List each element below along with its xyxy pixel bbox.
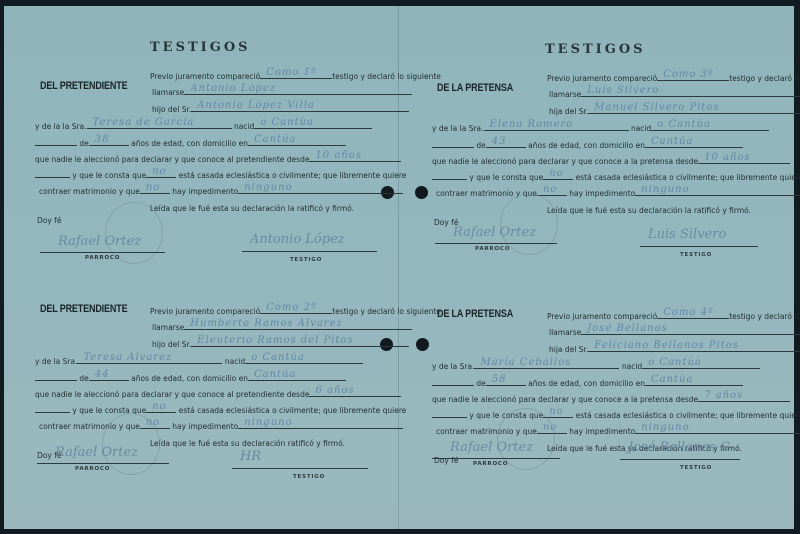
row-madre: y de la Sra.Teresa Alvarez nacido Cantúa	[35, 355, 363, 366]
madre-field[interactable]: María Ceballos	[474, 360, 619, 369]
label-de: de	[476, 379, 485, 388]
impedimento-field[interactable]: ninguno	[238, 185, 403, 194]
impedimento-field-handwriting: ninguno	[244, 417, 292, 428]
testigo-caption: TESTIGO	[680, 465, 712, 471]
nacid-field-handwriting: o Cantúa	[260, 117, 314, 128]
parroco-signature: Rafael Ortez	[450, 440, 533, 455]
row-comparecio: Previo juramento comparecióComo 3ºtestig…	[547, 72, 800, 83]
label-doy-fe: Doy fé	[37, 216, 61, 225]
page-fold	[398, 6, 399, 529]
row-leida: Leída que le fué esta su declaración la …	[547, 206, 751, 215]
label-nadie: que nadie le aleccionó para declarar y q…	[432, 157, 698, 166]
row-llamarse: llamarseJosé Bellanos	[549, 326, 800, 337]
impedimento-field[interactable]: ninguno	[238, 420, 403, 429]
comparecio-field[interactable]: Como 4º	[657, 310, 729, 319]
domicilio-field-handwriting: Cantúa	[651, 374, 693, 385]
comparecio-field[interactable]: Como 3º	[657, 72, 729, 81]
testigo-signature: Luis Silvero	[648, 227, 726, 242]
comparecio-field-handwriting: Como 2º	[266, 302, 316, 313]
domicilio-field[interactable]: Cantúa	[248, 372, 346, 381]
form-title: TESTIGOS	[150, 40, 251, 55]
parroco-caption: PARROCO	[473, 461, 508, 467]
hijo-field[interactable]: Antonio López Villa	[191, 103, 409, 112]
label-previo: Previo juramento compareció	[150, 307, 260, 316]
madre-field[interactable]: Teresa Alvarez	[77, 355, 222, 364]
contraer-field-handwriting: no	[146, 182, 160, 193]
desde-field-handwriting: 10 años	[704, 152, 750, 163]
row-comparecio: Previo juramento comparecióComo 4ºtestig…	[547, 310, 800, 321]
domicilio-field-handwriting: Cantúa	[651, 136, 693, 147]
llamarse-field[interactable]: Luis Silvero	[581, 88, 800, 97]
row-desde: que nadie le aleccionó para declarar y q…	[432, 393, 790, 404]
domicilio-field[interactable]: Cantúa	[645, 377, 743, 386]
madre-field[interactable]: Elena Romero	[484, 122, 629, 131]
row-madre: y de la la Sra.Elena Romero nacido Cantú…	[432, 122, 769, 133]
parroco-caption: PARROCO	[85, 255, 120, 261]
party-label: DEL PRETENDIENTE	[40, 303, 127, 315]
comparecio-field-handwriting: Como 1º	[266, 67, 316, 78]
hijo-field[interactable]: Manuel Silvero Pitos	[588, 105, 800, 114]
nacid-field-handwriting: o Cantúa	[648, 357, 702, 368]
row-desde: que nadie le aleccionó para declarar y q…	[432, 155, 790, 166]
domicilio-field[interactable]: Cantúa	[248, 137, 346, 146]
row-leida: Leída que le fué esta su declaración la …	[150, 204, 354, 213]
label-testigo: testigo y declaró lo siguiente	[729, 74, 800, 83]
llamarse-field-handwriting: Antonio López	[190, 83, 276, 94]
row-hijo: hijo del Sr.Antonio López Villa	[152, 103, 409, 114]
blank-field[interactable]	[432, 377, 474, 386]
label-impedimento: hay impedimento	[569, 189, 635, 198]
row-consta: y que le consta queno está casada eclesi…	[35, 169, 406, 180]
madre-field-handwriting: Teresa Alvarez	[83, 352, 172, 363]
llamarse-field[interactable]: José Bellanos	[581, 326, 800, 335]
label-madre: y de la la Sra.	[35, 122, 87, 131]
row-comparecio: Previo juramento comparecióComo 1ºtestig…	[150, 70, 441, 81]
label-impedimento: hay impedimento	[172, 187, 238, 196]
contraer-field-handwriting: no	[543, 184, 557, 195]
nacid-field[interactable]: o Cantúa	[642, 360, 760, 369]
label-nacid: nacid	[622, 362, 642, 371]
madre-field-handwriting: Teresa de García	[93, 117, 195, 128]
parroco-caption: PARROCO	[475, 246, 510, 252]
testigo-caption: TESTIGO	[680, 252, 712, 258]
hijo-field[interactable]: Feliciano Bellanos Pitos	[588, 343, 800, 352]
consta-field-handwriting: no	[549, 406, 563, 417]
label-hijo: hijo del Sr.	[152, 340, 191, 349]
row-hijo: hija del Sr.Manuel Silvero Pitos	[549, 105, 800, 116]
label-nacid: nacid	[631, 124, 651, 133]
row-impedimento: contraer matrimonio y queno hay impedime…	[39, 185, 403, 196]
label-previo: Previo juramento compareció	[547, 74, 657, 83]
edad-field-handwriting: 43	[492, 136, 507, 147]
desde-field[interactable]: 7 años	[698, 393, 790, 402]
testigo-signature-line[interactable]	[232, 468, 368, 469]
madre-field-handwriting: Elena Romero	[490, 119, 574, 130]
testigo-signature: Antonio López	[250, 232, 345, 247]
testigo-signature-line[interactable]	[242, 251, 377, 252]
label-testigo: testigo y declaró lo siguiente	[332, 72, 441, 81]
row-llamarse: llamarseLuis Silvero	[549, 88, 800, 99]
row-edad: de58 años de edad, con domicilio enCantú…	[432, 377, 743, 388]
edad-field-handwriting: 38	[95, 134, 110, 145]
desde-field[interactable]: 10 años	[698, 155, 790, 164]
row-madre: y de la la Sra.Teresa de García nacido C…	[35, 120, 372, 131]
hijo-field-handwriting: Eleuterio Ramos del Pitos	[197, 335, 353, 346]
hijo-field-handwriting: Feliciano Bellanos Pitos	[594, 340, 739, 351]
label-de: de	[79, 374, 88, 383]
row-impedimento: contraer matrimonio y queno hay impedime…	[436, 425, 800, 436]
edad-field[interactable]: 58	[486, 377, 526, 386]
label-leida: Leída que le fué esta su declaración rat…	[150, 439, 345, 448]
blank-field[interactable]	[35, 372, 77, 381]
testigo-caption: TESTIGO	[293, 474, 325, 480]
parroco-signature: Rafael Ortez	[55, 445, 138, 460]
label-madre: y de la Sra.	[432, 362, 474, 371]
label-previo: Previo juramento compareció	[150, 72, 260, 81]
parroco-signature-line[interactable]	[40, 252, 165, 253]
llamarse-field[interactable]: Antonio López	[184, 86, 412, 95]
row-desde: que nadie le aleccionó para declarar y q…	[35, 153, 401, 164]
label-llamarse: llamarse	[152, 88, 184, 97]
row-edad: de43 años de edad, con domicilio enCantú…	[432, 139, 743, 150]
testigo-signature: José Bellanos C.	[628, 440, 733, 455]
label-de: de	[476, 141, 485, 150]
edad-field[interactable]: 38	[89, 137, 129, 146]
comparecio-field[interactable]: Como 2º	[260, 305, 332, 314]
label-hijo: hija del Sr.	[549, 345, 588, 354]
consta-field[interactable]: no	[543, 171, 573, 180]
row-impedimento: contraer matrimonio y queno hay impedime…	[39, 420, 403, 431]
row-llamarse: llamarseHumberto Ramos Alvarez	[152, 321, 412, 332]
domicilio-field[interactable]: Cantúa	[645, 139, 743, 148]
blank-field[interactable]	[35, 169, 70, 178]
label-casada: está casada eclesiástica o civilmente; q…	[576, 173, 800, 182]
blank-field[interactable]	[432, 139, 474, 148]
label-edad: años de edad, con domicilio en	[528, 141, 645, 150]
row-madre: y de la Sra.María Ceballos nacido Cantúa	[432, 360, 760, 371]
edad-field[interactable]: 43	[486, 139, 526, 148]
label-leida: Leída que le fué esta su declaración la …	[547, 206, 751, 215]
madre-field-handwriting: María Ceballos	[480, 357, 571, 368]
label-nacid: nacid	[225, 357, 245, 366]
label-hijo: hijo del Sr.	[152, 105, 191, 114]
row-edad: de38 años de edad, con domicilio enCantú…	[35, 137, 346, 148]
nacid-field[interactable]: o Cantúa	[651, 122, 769, 131]
party-label: DE LA PRETENSA	[437, 308, 513, 320]
party-label: DEL PRETENDIENTE	[40, 80, 127, 92]
desde-field-handwriting: 10 años	[315, 150, 361, 161]
parroco-signature: Rafael Ortez	[453, 225, 536, 240]
testigo-signature: HR	[240, 449, 261, 464]
impedimento-field[interactable]: ninguno	[635, 425, 800, 434]
party-label: DE LA PRETENSA	[437, 82, 513, 94]
nacid-field[interactable]: o Cantúa	[254, 120, 372, 129]
label-testigo: testigo y declaró lo siguiente	[729, 312, 800, 321]
llamarse-field-handwriting: Humberto Ramos Alvarez	[190, 318, 343, 329]
label-contraer: contraer matrimonio y que	[39, 187, 140, 196]
impedimento-field-handwriting: ninguno	[641, 422, 689, 433]
desde-field[interactable]: 6 años	[309, 388, 401, 397]
row-consta: y que le consta queno está casada eclesi…	[35, 404, 406, 415]
label-edad: años de edad, con domicilio en	[131, 374, 248, 383]
nacid-field[interactable]: o Cantúa	[245, 355, 363, 364]
llamarse-field-handwriting: Luis Silvero	[587, 85, 659, 96]
parroco-caption: PARROCO	[75, 466, 110, 472]
blank-field[interactable]	[35, 404, 70, 413]
impedimento-field-handwriting: ninguno	[641, 184, 689, 195]
parish-seal	[102, 413, 160, 475]
form-title: TESTIGOS	[545, 42, 646, 57]
label-llamarse: llamarse	[549, 328, 581, 337]
row-consta: y que le consta queno está casada eclesi…	[432, 171, 800, 182]
domicilio-field-handwriting: Cantúa	[254, 134, 296, 145]
contraer-field[interactable]: no	[140, 185, 170, 194]
comparecio-field-handwriting: Como 3º	[663, 69, 713, 80]
edad-field[interactable]: 44	[89, 372, 129, 381]
blank-field[interactable]	[35, 137, 77, 146]
label-consta: y que le consta que	[72, 171, 146, 180]
label-leida: Leída que le fué esta su declaración la …	[150, 204, 354, 213]
punch-hole	[416, 338, 429, 351]
domicilio-field-handwriting: Cantúa	[254, 369, 296, 380]
row-llamarse: llamarseAntonio López	[152, 86, 412, 97]
impedimento-field-handwriting: ninguno	[244, 182, 292, 193]
label-nacid: nacid	[234, 122, 254, 131]
parroco-signature-line[interactable]	[435, 243, 557, 244]
hijo-field-handwriting: Antonio López Villa	[197, 100, 315, 111]
label-impedimento: hay impedimento	[172, 422, 238, 431]
label-casada: está casada eclesiástica o civilmente; q…	[179, 171, 407, 180]
blank-field[interactable]	[432, 171, 467, 180]
parroco-signature-line[interactable]	[432, 458, 560, 459]
label-hijo: hija del Sr.	[549, 107, 588, 116]
label-previo: Previo juramento compareció	[547, 312, 657, 321]
label-nadie: que nadie le aleccionó para declarar y q…	[35, 155, 309, 164]
label-nadie: que nadie le aleccionó para declarar y q…	[35, 390, 309, 399]
row-edad: de44 años de edad, con domicilio enCantú…	[35, 372, 346, 383]
row-hijo: hija del Sr.Feliciano Bellanos Pitos	[549, 343, 800, 354]
hijo-field[interactable]: Eleuterio Ramos del Pitos	[191, 338, 409, 347]
testigo-caption: TESTIGO	[290, 257, 322, 263]
testigo-signature-line[interactable]	[620, 459, 740, 460]
row-impedimento: contraer matrimonio y queno hay impedime…	[436, 187, 800, 198]
testigo-signature-line[interactable]	[640, 246, 758, 247]
row-comparecio: Previo juramento comparecióComo 2ºtestig…	[150, 305, 441, 316]
label-madre: y de la Sra.	[35, 357, 77, 366]
consta-field[interactable]: no	[146, 404, 176, 413]
label-llamarse: llamarse	[549, 90, 581, 99]
label-edad: años de edad, con domicilio en	[528, 379, 645, 388]
hijo-field-handwriting: Manuel Silvero Pitos	[594, 102, 719, 113]
label-impedimento: hay impedimento	[569, 427, 635, 436]
label-testigo: testigo y declaró lo siguiente	[332, 307, 441, 316]
label-de: de	[79, 139, 88, 148]
contraer-field[interactable]: no	[537, 187, 567, 196]
label-madre: y de la la Sra.	[432, 124, 484, 133]
row-desde: que nadie le aleccionó para declarar y q…	[35, 388, 401, 399]
desde-field-handwriting: 7 años	[704, 390, 743, 401]
impedimento-field[interactable]: ninguno	[635, 187, 800, 196]
label-nadie: que nadie le aleccionó para declarar y q…	[432, 395, 698, 404]
label-llamarse: llamarse	[152, 323, 184, 332]
row-consta: y que le consta queno está casada eclesi…	[432, 409, 800, 420]
desde-field[interactable]: 10 años	[309, 153, 401, 162]
consta-field-handwriting: no	[152, 401, 166, 412]
row-leida: Leída que le fué esta su declaración rat…	[150, 439, 345, 448]
edad-field-handwriting: 58	[492, 374, 507, 385]
madre-field[interactable]: Teresa de García	[87, 120, 232, 129]
blank-field[interactable]	[432, 409, 467, 418]
row-hijo: hijo del Sr.Eleuterio Ramos del Pitos	[152, 338, 409, 349]
desde-field-handwriting: 6 años	[315, 385, 354, 396]
consta-field-handwriting: no	[152, 166, 166, 177]
nacid-field-handwriting: o Cantúa	[251, 352, 305, 363]
parroco-signature-line[interactable]	[37, 463, 169, 464]
label-casada: está casada eclesiástica o civilmente; q…	[576, 411, 800, 420]
consta-field[interactable]: no	[146, 169, 176, 178]
row-doy-fe: Doy fé	[37, 216, 61, 225]
nacid-field-handwriting: o Cantúa	[657, 119, 711, 130]
label-casada: está casada eclesiástica o civilmente; q…	[179, 406, 407, 415]
punch-hole	[415, 186, 428, 199]
llamarse-field-handwriting: José Bellanos	[587, 323, 667, 334]
comparecio-field[interactable]: Como 1º	[260, 70, 332, 79]
label-edad: años de edad, con domicilio en	[131, 139, 248, 148]
consta-field[interactable]: no	[543, 409, 573, 418]
comparecio-field-handwriting: Como 4º	[663, 307, 713, 318]
edad-field-handwriting: 44	[95, 369, 110, 380]
consta-field-handwriting: no	[549, 168, 563, 179]
parroco-signature: Rafael Ortez	[58, 234, 141, 249]
llamarse-field[interactable]: Humberto Ramos Alvarez	[184, 321, 412, 330]
label-consta: y que le consta que	[469, 173, 543, 182]
